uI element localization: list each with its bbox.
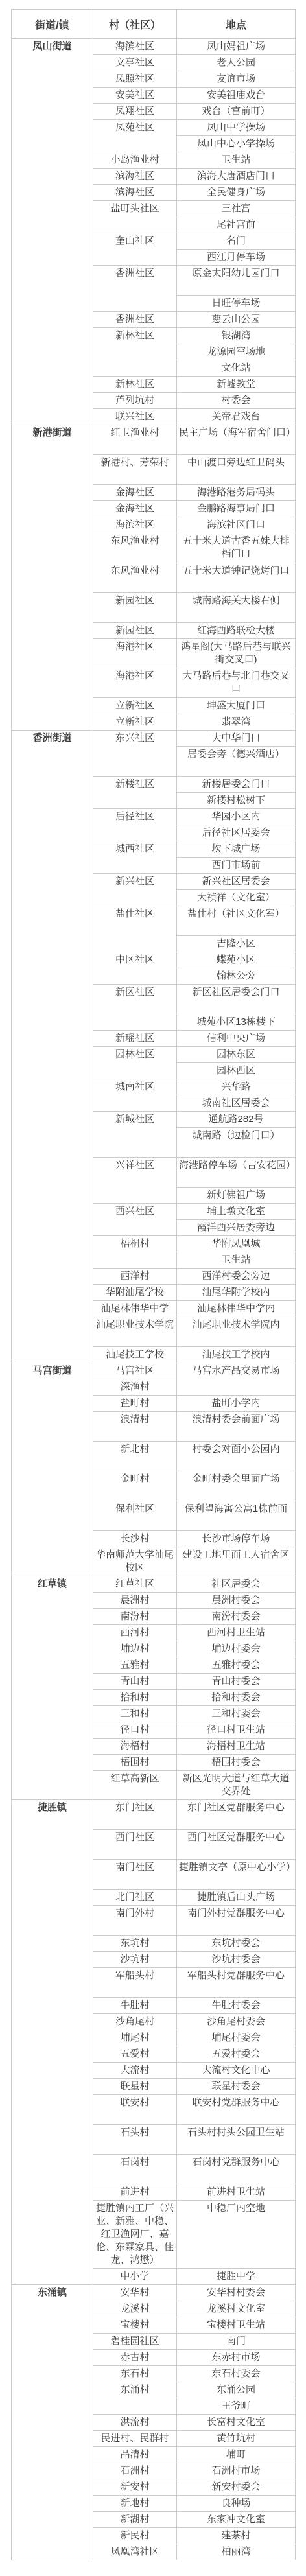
location-cell: 海港路停车场（吉安花园） bbox=[177, 1158, 296, 1188]
village-cell: 凤苑社区 bbox=[93, 120, 177, 152]
location-cell: 三和村委会 bbox=[177, 1706, 296, 1722]
location-cell: 石岗村党群服务中心 bbox=[177, 2155, 296, 2184]
location-cell: 龙溪村文化室 bbox=[177, 2301, 296, 2317]
location-cell: 联星村委会 bbox=[177, 2079, 296, 2095]
location-cell: 青山村委会 bbox=[177, 1674, 296, 1690]
location-cell: 盐町小学内 bbox=[177, 1396, 296, 1412]
location-cell: 村委会 bbox=[177, 393, 296, 409]
location-cell: 埔边村委会 bbox=[177, 1641, 296, 1657]
village-cell: 大流村 bbox=[93, 2063, 177, 2079]
village-cell: 石岗村 bbox=[93, 2155, 177, 2184]
village-cell: 海滨社区 bbox=[93, 39, 177, 55]
village-cell: 东涌村 bbox=[93, 2382, 177, 2415]
location-cell: 建茶村 bbox=[177, 2528, 296, 2544]
location-cell: 尾社宫前 bbox=[177, 217, 296, 233]
village-cell: 联安村 bbox=[93, 2095, 177, 2125]
sites-table: 街道/镇 村（社区） 地点 凤山街道海滨社区凤山妈祖广场文亭社区老人公园凤照社区… bbox=[11, 9, 296, 2560]
village-cell: 盐町村 bbox=[93, 1396, 177, 1412]
village-cell: 立新社区 bbox=[93, 698, 177, 714]
village-cell: 前进村 bbox=[93, 2184, 177, 2201]
village-cell: 洪流村 bbox=[93, 2415, 177, 2431]
location-cell: 金鹏路海事局门口 bbox=[177, 501, 296, 517]
village-cell: 兴祥社区 bbox=[93, 1158, 177, 1204]
village-cell: 长沙村 bbox=[93, 1531, 177, 1547]
village-cell: 新瑶社区 bbox=[93, 1031, 177, 1047]
location-cell: 西洋村委会旁边 bbox=[177, 1269, 296, 1285]
village-cell: 五爱村 bbox=[93, 2046, 177, 2063]
location-cell: 凤山中学操场 bbox=[177, 120, 296, 136]
location-cell: 城南路（边检门口） bbox=[177, 1128, 296, 1158]
village-cell: 城南社区 bbox=[93, 1079, 177, 1112]
village-cell: 滨海社区 bbox=[93, 169, 177, 185]
village-cell: 滨海社区 bbox=[93, 185, 177, 201]
village-cell: 军船头村 bbox=[93, 1968, 177, 1998]
location-cell: 新区光明大道与红草大道交界处 bbox=[177, 1771, 296, 1800]
village-cell: 径口村 bbox=[93, 1722, 177, 1739]
location-cell: 东门社区党群服务中心 bbox=[177, 1800, 296, 1830]
location-cell: 浪清村委会前面广场 bbox=[177, 1412, 296, 1442]
location-cell: 东涌公园 bbox=[177, 2382, 296, 2398]
village-cell: 华南师范大学汕尾校区 bbox=[93, 1547, 177, 1576]
location-cell: 宝楼村卫生站 bbox=[177, 2317, 296, 2334]
village-cell: 新北村 bbox=[93, 1442, 177, 1471]
village-cell: 中区社区 bbox=[93, 952, 177, 985]
table-row: 红草镇红草社区社区居委会 bbox=[12, 1576, 296, 1593]
location-cell: 汕尾技工学校内 bbox=[177, 1347, 296, 1363]
location-cell: 霞洋西兴居委旁边 bbox=[177, 1220, 296, 1236]
village-cell: 南汾村 bbox=[93, 1609, 177, 1625]
location-cell: 沙坑村委会 bbox=[177, 1952, 296, 1968]
village-cell: 小岛渔业村 bbox=[93, 152, 177, 169]
table-row: 新港街道红卫渔业村民主广场（海军宿舍门口） bbox=[12, 425, 296, 455]
village-cell: 东兴社区 bbox=[93, 731, 177, 777]
village-cell: 海滨社区 bbox=[93, 517, 177, 533]
town-cell: 新港街道 bbox=[12, 425, 93, 731]
location-cell: 西门市场前 bbox=[177, 858, 296, 874]
location-cell: 汕尾职业技术学院内 bbox=[177, 1317, 296, 1347]
village-cell: 联星村 bbox=[93, 2079, 177, 2095]
header-row: 街道/镇 村（社区） 地点 bbox=[12, 10, 296, 39]
location-cell: 马宫水产品交易市场 bbox=[177, 1363, 296, 1396]
location-cell: 大祯祥（文化室） bbox=[177, 890, 296, 906]
location-cell: 安美祖庙戏台 bbox=[177, 88, 296, 104]
village-cell: 梧围村 bbox=[93, 1755, 177, 1771]
village-cell: 香洲社区 bbox=[93, 266, 177, 312]
location-cell: 中稳厂内空地 bbox=[177, 2201, 296, 2269]
location-cell: 新区社区居委会门口 bbox=[177, 985, 296, 1014]
village-cell: 三和村 bbox=[93, 1706, 177, 1722]
village-cell: 北门社区 bbox=[93, 1890, 177, 1906]
village-cell: 奎山社区 bbox=[93, 233, 177, 266]
village-cell: 民进村、民群村 bbox=[93, 2431, 177, 2447]
location-cell: 社区居委会 bbox=[177, 1576, 296, 1593]
village-cell: 安美社区 bbox=[93, 88, 177, 104]
village-cell: 石洲村 bbox=[93, 2463, 177, 2479]
location-cell: 城南路海关大楼右侧 bbox=[177, 593, 296, 623]
location-cell: 翰林公旁 bbox=[177, 968, 296, 985]
village-cell: 新园社区 bbox=[93, 623, 177, 639]
town-cell: 捷胜镇 bbox=[12, 1800, 93, 2285]
village-cell: 新安村 bbox=[93, 2479, 177, 2496]
village-cell: 海港社区 bbox=[93, 639, 177, 668]
location-cell: 园林东区 bbox=[177, 1047, 296, 1063]
village-cell: 新城社区 bbox=[93, 1112, 177, 1158]
location-cell: 全民健身广场 bbox=[177, 185, 296, 201]
location-cell: 华园小区内 bbox=[177, 809, 296, 825]
location-cell: 信利中央广场 bbox=[177, 1031, 296, 1047]
village-cell: 南门外村 bbox=[93, 1906, 177, 1936]
village-cell: 金海社区 bbox=[93, 501, 177, 517]
village-cell: 深渔村 bbox=[93, 1379, 177, 1396]
village-cell: 盐町头社区 bbox=[93, 201, 177, 233]
village-cell: 华附汕尾学校 bbox=[93, 1285, 177, 1301]
village-cell: 中小学 bbox=[93, 2269, 177, 2285]
location-cell: 汕尾华附学校内 bbox=[177, 1285, 296, 1301]
location-cell: 新墟教堂 bbox=[177, 377, 296, 393]
village-cell: 拾和村 bbox=[93, 1690, 177, 1706]
village-cell: 晨洲村 bbox=[93, 1593, 177, 1609]
village-cell: 保利社区 bbox=[93, 1501, 177, 1531]
location-cell: 牛肚村委会 bbox=[177, 1998, 296, 2014]
location-cell: 东坑村委会 bbox=[177, 1936, 296, 1952]
header-town: 街道/镇 bbox=[12, 10, 93, 39]
location-cell: 前进村卫生站 bbox=[177, 2184, 296, 2201]
village-cell: 海港社区 bbox=[93, 668, 177, 698]
location-cell: 慈云山公园 bbox=[177, 312, 296, 328]
location-cell: 滨海大唐酒店门口 bbox=[177, 169, 296, 185]
village-cell: 汕尾职业技术学院 bbox=[93, 1317, 177, 1347]
table-row: 香洲街道东兴社区大中华门口 bbox=[12, 731, 296, 747]
village-cell: 联兴社区 bbox=[93, 409, 177, 425]
location-cell: 通航路282号 bbox=[177, 1112, 296, 1128]
location-cell: 长富村文化室 bbox=[177, 2415, 296, 2431]
village-cell: 埔边村 bbox=[93, 1641, 177, 1657]
village-cell: 东风渔业村 bbox=[93, 533, 177, 563]
location-cell: 新兴社区居委会 bbox=[177, 874, 296, 890]
location-cell: 西江月停车场 bbox=[177, 250, 296, 266]
location-cell: 戏台（宫前町） bbox=[177, 104, 296, 120]
location-cell: 金町村委会里面广场 bbox=[177, 1471, 296, 1501]
village-cell: 凤照社区 bbox=[93, 71, 177, 88]
village-cell: 安华村 bbox=[93, 2285, 177, 2301]
village-cell: 碧桂园社区 bbox=[93, 2334, 177, 2350]
village-cell: 新湖村 bbox=[93, 2512, 177, 2528]
village-cell: 凤凰湾社区 bbox=[93, 2544, 177, 2560]
location-cell: 五雅村委会 bbox=[177, 1657, 296, 1674]
location-cell: 王爷町 bbox=[177, 2398, 296, 2415]
location-cell: 海港路港务局码头 bbox=[177, 485, 296, 501]
location-cell: 卫生站 bbox=[177, 152, 296, 169]
location-cell: 晨洲村委会 bbox=[177, 1593, 296, 1609]
location-cell: 民主广场（海军宿舍门口） bbox=[177, 425, 296, 455]
location-cell: 名门 bbox=[177, 233, 296, 250]
location-cell: 五十米大道古香五妹大排档门口 bbox=[177, 533, 296, 563]
village-cell: 园林社区 bbox=[93, 1047, 177, 1079]
village-cell: 汕尾技工学校 bbox=[93, 1347, 177, 1363]
location-cell: 城苑小区13栋楼下 bbox=[177, 1014, 296, 1031]
village-cell: 新林社区 bbox=[93, 377, 177, 393]
location-cell: 村委会对面小公园内 bbox=[177, 1442, 296, 1471]
village-cell: 城西社区 bbox=[93, 841, 177, 874]
location-cell: 海滨社区门口 bbox=[177, 517, 296, 533]
location-cell: 西河村卫生站 bbox=[177, 1625, 296, 1641]
location-cell: 卫生站 bbox=[177, 1252, 296, 1269]
location-cell: 园林西区 bbox=[177, 1063, 296, 1079]
document-page: 街道/镇 村（社区） 地点 凤山街道海滨社区凤山妈祖广场文亭社区老人公园凤照社区… bbox=[0, 0, 306, 2576]
village-cell: 沙角尾村 bbox=[93, 2014, 177, 2030]
village-cell: 新园社区 bbox=[93, 593, 177, 623]
location-cell: 石头村村头公园卫生站 bbox=[177, 2125, 296, 2155]
village-cell: 东坑村 bbox=[93, 1936, 177, 1952]
location-cell: 盐仕村（社区文化室） bbox=[177, 906, 296, 936]
location-cell: 黄竹坑村 bbox=[177, 2431, 296, 2447]
village-cell: 梧桐村 bbox=[93, 1236, 177, 1269]
location-cell: 西门社区党群服务中心 bbox=[177, 1830, 296, 1860]
table-body: 凤山街道海滨社区凤山妈祖广场文亭社区老人公园凤照社区友谊市场安美社区安美祖庙戏台… bbox=[12, 39, 296, 2560]
location-cell: 梧围村委会 bbox=[177, 1755, 296, 1771]
village-cell: 西兴社区 bbox=[93, 1204, 177, 1236]
location-cell: 建设工地里面工人宿舍区 bbox=[177, 1547, 296, 1576]
location-cell: 径口村卫生站 bbox=[177, 1722, 296, 1739]
village-cell: 凤翔社区 bbox=[93, 104, 177, 120]
location-cell: 长沙市场停车场 bbox=[177, 1531, 296, 1547]
header-village: 村（社区） bbox=[93, 10, 177, 39]
location-cell: 后径社区居委会 bbox=[177, 825, 296, 841]
table-row: 捷胜镇东门社区东门社区党群服务中心 bbox=[12, 1800, 296, 1830]
location-cell: 新楼居委会门口 bbox=[177, 777, 296, 793]
town-cell: 东涌镇 bbox=[12, 2285, 93, 2560]
village-cell: 新民村 bbox=[93, 2528, 177, 2544]
town-cell: 马宫街道 bbox=[12, 1363, 93, 1576]
location-cell: 拾和村委会 bbox=[177, 1690, 296, 1706]
location-cell: 埔上墩文化室 bbox=[177, 1204, 296, 1220]
village-cell: 海梧村 bbox=[93, 1739, 177, 1755]
location-cell: 海梧村卫生站 bbox=[177, 1739, 296, 1755]
village-cell: 南门社区 bbox=[93, 1860, 177, 1890]
village-cell: 新港村、芳荣村 bbox=[93, 455, 177, 485]
village-cell: 汕尾林伟华中学 bbox=[93, 1301, 177, 1317]
village-cell: 新楼社区 bbox=[93, 777, 177, 809]
town-cell: 凤山街道 bbox=[12, 39, 93, 425]
location-cell: 新楼村松树下 bbox=[177, 793, 296, 809]
location-cell: 东石村委会 bbox=[177, 2366, 296, 2382]
village-cell: 宝楼村 bbox=[93, 2317, 177, 2334]
table-row: 马宫街道马宫社区马宫水产品交易市场 bbox=[12, 1363, 296, 1379]
location-cell: 银湖湾 bbox=[177, 328, 296, 344]
location-cell: 坎下城广场 bbox=[177, 841, 296, 858]
location-cell: 城南社区居委会 bbox=[177, 1095, 296, 1112]
location-cell: 凤山妈祖广场 bbox=[177, 39, 296, 55]
location-cell: 大中华门口 bbox=[177, 731, 296, 747]
location-cell: 凤山中心小学操场 bbox=[177, 136, 296, 152]
village-cell: 金海社区 bbox=[93, 485, 177, 501]
village-cell: 西洋村 bbox=[93, 1269, 177, 1285]
village-cell: 红草社区 bbox=[93, 1576, 177, 1593]
location-cell: 良种场 bbox=[177, 2496, 296, 2512]
location-cell: 安华村村委会 bbox=[177, 2285, 296, 2301]
village-cell: 青山村 bbox=[93, 1674, 177, 1690]
village-cell: 沙坑村 bbox=[93, 1952, 177, 1968]
location-cell: 翡翠湾 bbox=[177, 714, 296, 731]
location-cell: 捷胜镇文亭（原中心小学） bbox=[177, 1860, 296, 1890]
village-cell: 五雅村 bbox=[93, 1657, 177, 1674]
village-cell: 新林社区 bbox=[93, 328, 177, 377]
location-cell: 大流村文化中心 bbox=[177, 2063, 296, 2079]
location-cell: 埔町 bbox=[177, 2447, 296, 2463]
location-cell: 新灯佛祖广场 bbox=[177, 1188, 296, 1204]
location-cell: 捷胜中学 bbox=[177, 2269, 296, 2285]
location-cell: 友谊市场 bbox=[177, 71, 296, 88]
location-cell: 原金太阳幼儿园门口 bbox=[177, 266, 296, 296]
location-cell: 五十米大道钟记烧烤门口 bbox=[177, 563, 296, 593]
location-cell: 南汾村委会 bbox=[177, 1609, 296, 1625]
location-cell: 埔尾村委会 bbox=[177, 2030, 296, 2046]
location-cell: 大马路后巷与北门巷交叉口 bbox=[177, 668, 296, 698]
header-location: 地点 bbox=[177, 10, 296, 39]
village-cell: 牛肚村 bbox=[93, 1998, 177, 2014]
location-cell: 坤盛大厦门口 bbox=[177, 698, 296, 714]
location-cell: 文化站 bbox=[177, 360, 296, 377]
location-cell: 兴华路 bbox=[177, 1079, 296, 1095]
location-cell: 吉隆小区 bbox=[177, 936, 296, 952]
location-cell: 红海西路联检大楼 bbox=[177, 623, 296, 639]
village-cell: 西门社区 bbox=[93, 1830, 177, 1860]
location-cell: 鸿星阁(大马路后巷与联兴街交叉口) bbox=[177, 639, 296, 668]
village-cell: 马宫社区 bbox=[93, 1363, 177, 1379]
location-cell: 新安村委会 bbox=[177, 2479, 296, 2496]
table-row: 凤山街道海滨社区凤山妈祖广场 bbox=[12, 39, 296, 55]
village-cell: 品清村 bbox=[93, 2447, 177, 2463]
village-cell: 盐仕社区 bbox=[93, 906, 177, 952]
village-cell: 立新社区 bbox=[93, 714, 177, 731]
town-cell: 红草镇 bbox=[12, 1576, 93, 1800]
location-cell: 沙角尾村委会 bbox=[177, 2014, 296, 2030]
village-cell: 龙溪村 bbox=[93, 2301, 177, 2317]
location-cell: 捷胜镇后山头广场 bbox=[177, 1890, 296, 1906]
location-cell: 汕尾林伟华中学内 bbox=[177, 1301, 296, 1317]
table-row: 东涌镇安华村安华村村委会 bbox=[12, 2285, 296, 2301]
village-cell: 香洲社区 bbox=[93, 312, 177, 328]
location-cell: 保利望海寓公寓1栋前面 bbox=[177, 1501, 296, 1531]
village-cell: 石头村 bbox=[93, 2125, 177, 2155]
village-cell: 芦列坑村 bbox=[93, 393, 177, 409]
village-cell: 东门社区 bbox=[93, 1800, 177, 1830]
location-cell: 三社宫 bbox=[177, 201, 296, 217]
location-cell: 关帝君戏台 bbox=[177, 409, 296, 425]
location-cell: 龙源园空场地 bbox=[177, 344, 296, 360]
location-cell: 军船头村党群服务中心 bbox=[177, 1968, 296, 1998]
village-cell: 文亭社区 bbox=[93, 55, 177, 71]
village-cell: 新兴社区 bbox=[93, 874, 177, 906]
village-cell: 西河村 bbox=[93, 1625, 177, 1641]
location-cell: 老人公园 bbox=[177, 55, 296, 71]
village-cell: 埔尾村 bbox=[93, 2030, 177, 2046]
location-cell: 东家冲文化室 bbox=[177, 2512, 296, 2528]
location-cell: 柏丽湾 bbox=[177, 2544, 296, 2560]
village-cell: 捷胜镇内工厂（兴业、新雅、中稳、红卫渔网厂、嘉伦、东霖家具、佳龙、鸿懋） bbox=[93, 2201, 177, 2269]
village-cell: 新地村 bbox=[93, 2496, 177, 2512]
village-cell: 东石村 bbox=[93, 2366, 177, 2382]
village-cell: 红草高新区 bbox=[93, 1771, 177, 1800]
location-cell: 蝶苑小区 bbox=[177, 952, 296, 968]
location-cell: 五爱村委会 bbox=[177, 2046, 296, 2063]
location-cell: 东赤村市场 bbox=[177, 2350, 296, 2366]
village-cell: 新区社区 bbox=[93, 985, 177, 1031]
village-cell: 东风渔业村 bbox=[93, 563, 177, 593]
village-cell: 赤古村 bbox=[93, 2350, 177, 2366]
village-cell: 金町村 bbox=[93, 1471, 177, 1501]
location-cell: 居委会旁（德兴酒店） bbox=[177, 747, 296, 777]
town-cell: 香洲街道 bbox=[12, 731, 93, 1363]
village-cell: 红卫渔业村 bbox=[93, 425, 177, 455]
location-cell: 南门外村党群服务中心 bbox=[177, 1906, 296, 1936]
location-cell: 联安村党群服务中心 bbox=[177, 2095, 296, 2125]
location-cell: 华附凤凰城 bbox=[177, 1236, 296, 1252]
location-cell: 中山渡口旁边红卫码头 bbox=[177, 455, 296, 485]
location-cell: 日旺停车场 bbox=[177, 296, 296, 312]
location-cell: 南门 bbox=[177, 2334, 296, 2350]
village-cell: 浪清村 bbox=[93, 1412, 177, 1442]
location-cell: 石洲村市场 bbox=[177, 2463, 296, 2479]
village-cell: 后径社区 bbox=[93, 809, 177, 841]
